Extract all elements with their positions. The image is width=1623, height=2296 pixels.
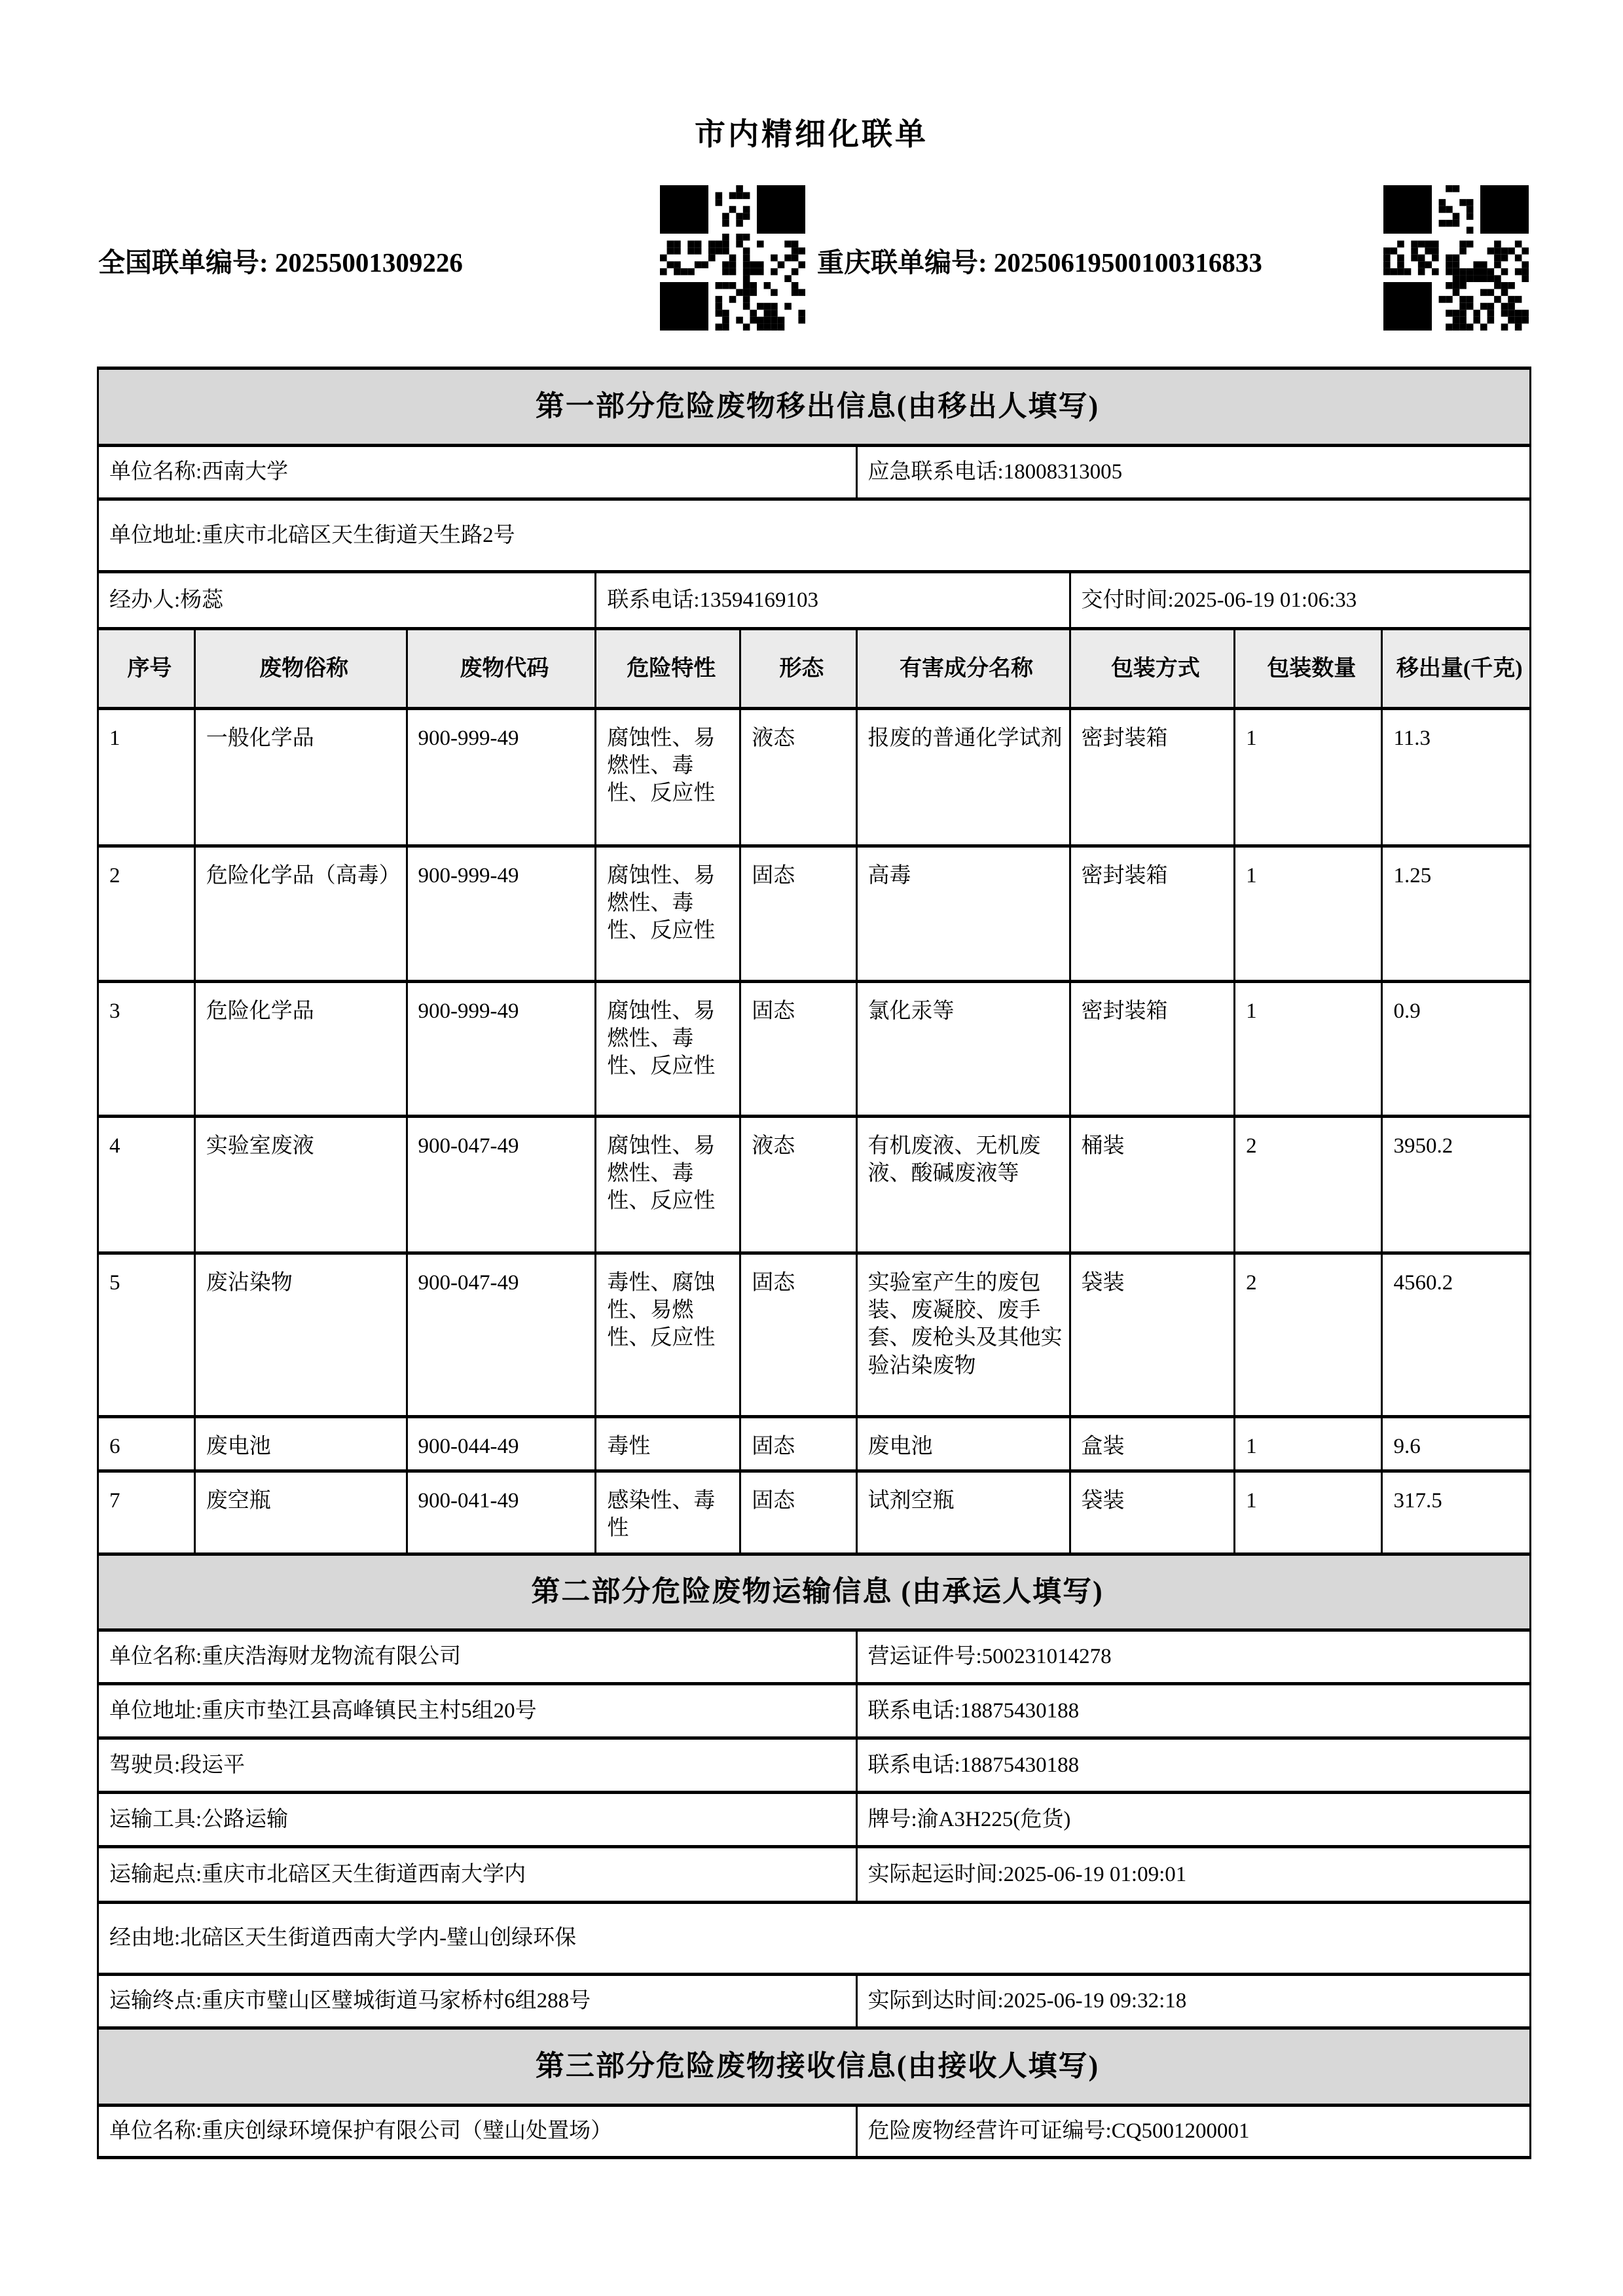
cell-packing-count: 1: [1235, 982, 1382, 1117]
part2-operation-license: 营运证件号:500231014278: [856, 1630, 1530, 1684]
cell-seq: 3: [98, 982, 195, 1117]
col-quantity: 移出量(千克): [1382, 629, 1531, 709]
cell-common-name: 实验室废液: [194, 1117, 407, 1253]
cell-common-name: 废电池: [194, 1417, 407, 1471]
part2-plate-number: 牌号:渝A3H225(危货): [856, 1793, 1530, 1847]
part2-via: 经由地:北碚区天生街道西南大学内-璧山创绿环保: [98, 1903, 1531, 1975]
part1-header-row: 第一部分危险废物移出信息(由移出人填写): [98, 368, 1531, 446]
cell-quantity: 0.9: [1382, 982, 1531, 1117]
cell-waste-code: 900-999-49: [407, 709, 596, 846]
cell-form: 固态: [740, 846, 856, 982]
cell-packing: 密封装箱: [1070, 982, 1235, 1117]
waste-row-3: 3 危险化学品 900-999-49 腐蚀性、易燃性、毒性、反应性 固态 氯化汞…: [98, 982, 1531, 1117]
part3-row-1: 单位名称:重庆创绿环境保护有限公司（璧山处置场） 危险废物经营许可证编号:CQ5…: [98, 2106, 1531, 2158]
cell-waste-code: 900-047-49: [407, 1117, 596, 1253]
cell-seq: 7: [98, 1471, 195, 1554]
cell-common-name: 危险化学品（高毒）: [194, 846, 407, 982]
cell-harmful: 试剂空瓶: [856, 1471, 1070, 1554]
cell-packing: 密封装箱: [1070, 709, 1235, 846]
part2-unit-phone: 联系电话:18875430188: [856, 1684, 1530, 1738]
part2-row-1: 单位名称:重庆浩海财龙物流有限公司 营运证件号:500231014278: [98, 1630, 1531, 1684]
national-manifest-number: 全国联单编号: 20255001309226: [98, 241, 463, 279]
waste-row-7: 7 废空瓶 900-041-49 感染性、毒性 固态 试剂空瓶 袋装 1 317…: [98, 1471, 1531, 1554]
part2-departure-time: 实际起运时间:2025-06-19 01:09:01: [856, 1847, 1530, 1903]
cell-seq: 4: [98, 1117, 195, 1253]
cell-quantity: 4560.2: [1382, 1253, 1531, 1417]
cell-packing: 密封装箱: [1070, 846, 1235, 982]
part1-agent-row: 经办人:杨蕊 联系电话:13594169103 交付时间:2025-06-19 …: [98, 572, 1531, 629]
cell-quantity: 9.6: [1382, 1417, 1531, 1471]
cell-hazard: 毒性: [596, 1417, 740, 1471]
part1-address-row: 单位地址:重庆市北碚区天生街道天生路2号: [98, 499, 1531, 572]
part1-emergency-phone: 应急联系电话:18008313005: [856, 446, 1530, 499]
cell-hazard: 腐蚀性、易燃性、毒性、反应性: [596, 982, 740, 1117]
cell-packing: 袋装: [1070, 1253, 1235, 1417]
cell-hazard: 毒性、腐蚀性、易燃性、反应性: [596, 1253, 740, 1417]
part2-transport-mode: 运输工具:公路运输: [98, 1793, 857, 1847]
part2-end-row: 运输终点:重庆市璧山区璧城街道马家桥村6组288号 实际到达时间:2025-06…: [98, 1975, 1531, 2028]
part1-unit-address: 单位地址:重庆市北碚区天生街道天生路2号: [98, 499, 1531, 572]
cell-packing-count: 1: [1235, 1471, 1382, 1554]
part2-via-row: 经由地:北碚区天生街道西南大学内-璧山创绿环保: [98, 1903, 1531, 1975]
cell-packing: 袋装: [1070, 1471, 1235, 1554]
cell-waste-code: 900-999-49: [407, 846, 596, 982]
cell-harmful: 有机废液、无机废液、酸碱废液等: [856, 1117, 1070, 1253]
cell-packing-count: 2: [1235, 1117, 1382, 1253]
part2-destination: 运输终点:重庆市璧山区璧城街道马家桥村6组288号: [98, 1975, 857, 2028]
qr-code-icon-city: [1383, 185, 1529, 331]
cell-form: 固态: [740, 1471, 856, 1554]
col-form: 形态: [740, 629, 856, 709]
cell-hazard: 腐蚀性、易燃性、毒性、反应性: [596, 846, 740, 982]
cell-form: 液态: [740, 1117, 856, 1253]
cell-harmful: 废电池: [856, 1417, 1070, 1471]
part3-unit-name: 单位名称:重庆创绿环境保护有限公司（璧山处置场）: [98, 2106, 857, 2158]
part2-driver-phone: 联系电话:18875430188: [856, 1738, 1530, 1793]
cell-hazard: 腐蚀性、易燃性、毒性、反应性: [596, 1117, 740, 1253]
col-packing: 包装方式: [1070, 629, 1235, 709]
part3-section-title: 第三部分危险废物接收信息(由接收人填写): [98, 2028, 1531, 2106]
part2-arrival-time: 实际到达时间:2025-06-19 09:32:18: [856, 1975, 1530, 2028]
cell-seq: 2: [98, 846, 195, 982]
cell-quantity: 1.25: [1382, 846, 1531, 982]
waste-row-4: 4 实验室废液 900-047-49 腐蚀性、易燃性、毒性、反应性 液态 有机废…: [98, 1117, 1531, 1253]
cell-quantity: 3950.2: [1382, 1117, 1531, 1253]
manifest-document: 市内精细化联单 全国联单编号: 20255001309226 重庆联单编号: 2…: [0, 0, 1623, 2296]
cell-harmful: 报废的普通化学试剂: [856, 709, 1070, 846]
cell-quantity: 11.3: [1382, 709, 1531, 846]
part2-unit-name: 单位名称:重庆浩海财龙物流有限公司: [98, 1630, 857, 1684]
part1-section-title: 第一部分危险废物移出信息(由移出人填写): [98, 368, 1531, 446]
waste-row-5: 5 废沾染物 900-047-49 毒性、腐蚀性、易燃性、反应性 固态 实验室产…: [98, 1253, 1531, 1417]
cell-harmful: 氯化汞等: [856, 982, 1070, 1117]
cell-packing-count: 1: [1235, 1417, 1382, 1471]
cell-seq: 6: [98, 1417, 195, 1471]
cell-form: 固态: [740, 1417, 856, 1471]
part3-waste-license: 危险废物经营许可证编号:CQ5001200001: [856, 2106, 1530, 2158]
part2-section-title: 第二部分危险废物运输信息 (由承运人填写): [98, 1554, 1531, 1630]
part1-unit-name: 单位名称:西南大学: [98, 446, 857, 499]
cell-common-name: 废空瓶: [194, 1471, 407, 1554]
cell-waste-code: 900-041-49: [407, 1471, 596, 1554]
cell-harmful: 实验室产生的废包装、废凝胶、废手套、废枪头及其他实验沾染废物: [856, 1253, 1070, 1417]
part2-header-row: 第二部分危险废物运输信息 (由承运人填写): [98, 1554, 1531, 1630]
col-waste-code: 废物代码: [407, 629, 596, 709]
cell-hazard: 腐蚀性、易燃性、毒性、反应性: [596, 709, 740, 846]
part2-row-2: 单位地址:重庆市垫江县高峰镇民主村5组20号 联系电话:18875430188: [98, 1684, 1531, 1738]
page-title: 市内精细化联单: [0, 110, 1623, 154]
col-common-name: 废物俗称: [194, 629, 407, 709]
cell-form: 液态: [740, 709, 856, 846]
cell-packing-count: 1: [1235, 709, 1382, 846]
cell-hazard: 感染性、毒性: [596, 1471, 740, 1554]
part2-row-3: 驾驶员:段运平 联系电话:18875430188: [98, 1738, 1531, 1793]
part2-row-4: 运输工具:公路运输 牌号:渝A3H225(危货): [98, 1793, 1531, 1847]
part2-driver: 驾驶员:段运平: [98, 1738, 857, 1793]
city-manifest-number: 重庆联单编号: 20250619500100316833: [817, 241, 1262, 279]
col-packing-count: 包装数量: [1235, 629, 1382, 709]
waste-table-header-row: 序号 废物俗称 废物代码 危险特性 形态 有害成分名称 包装方式 包装数量 移出…: [98, 629, 1531, 709]
cell-waste-code: 900-999-49: [407, 982, 596, 1117]
cell-packing: 桶装: [1070, 1117, 1235, 1253]
cell-common-name: 废沾染物: [194, 1253, 407, 1417]
cell-harmful: 高毒: [856, 846, 1070, 982]
col-harmful: 有害成分名称: [856, 629, 1070, 709]
part2-origin: 运输起点:重庆市北碚区天生街道西南大学内: [98, 1847, 857, 1903]
waste-row-2: 2 危险化学品（高毒） 900-999-49 腐蚀性、易燃性、毒性、反应性 固态…: [98, 846, 1531, 982]
cell-form: 固态: [740, 982, 856, 1117]
waste-row-1: 1 一般化学品 900-999-49 腐蚀性、易燃性、毒性、反应性 液态 报废的…: [98, 709, 1531, 846]
col-seq: 序号: [98, 629, 195, 709]
cell-waste-code: 900-047-49: [407, 1253, 596, 1417]
cell-common-name: 危险化学品: [194, 982, 407, 1117]
cell-packing: 盒装: [1070, 1417, 1235, 1471]
part1-delivery-time: 交付时间:2025-06-19 01:06:33: [1070, 572, 1530, 629]
cell-packing-count: 1: [1235, 846, 1382, 982]
cell-form: 固态: [740, 1253, 856, 1417]
cell-seq: 5: [98, 1253, 195, 1417]
part1-agent-phone: 联系电话:13594169103: [596, 572, 1070, 629]
part3-header-row: 第三部分危险废物接收信息(由接收人填写): [98, 2028, 1531, 2106]
cell-common-name: 一般化学品: [194, 709, 407, 846]
manifest-table: 第一部分危险废物移出信息(由移出人填写) 单位名称:西南大学 应急联系电话:18…: [97, 367, 1531, 2159]
cell-waste-code: 900-044-49: [407, 1417, 596, 1471]
waste-row-6: 6 废电池 900-044-49 毒性 固态 废电池 盒装 1 9.6: [98, 1417, 1531, 1471]
cell-seq: 1: [98, 709, 195, 846]
qr-code-icon-national: [660, 185, 805, 331]
cell-quantity: 317.5: [1382, 1471, 1531, 1554]
col-hazard: 危险特性: [596, 629, 740, 709]
cell-packing-count: 2: [1235, 1253, 1382, 1417]
part1-agent: 经办人:杨蕊: [98, 572, 596, 629]
part2-row-5: 运输起点:重庆市北碚区天生街道西南大学内 实际起运时间:2025-06-19 0…: [98, 1847, 1531, 1903]
part2-unit-address: 单位地址:重庆市垫江县高峰镇民主村5组20号: [98, 1684, 857, 1738]
part1-unit-row: 单位名称:西南大学 应急联系电话:18008313005: [98, 446, 1531, 499]
